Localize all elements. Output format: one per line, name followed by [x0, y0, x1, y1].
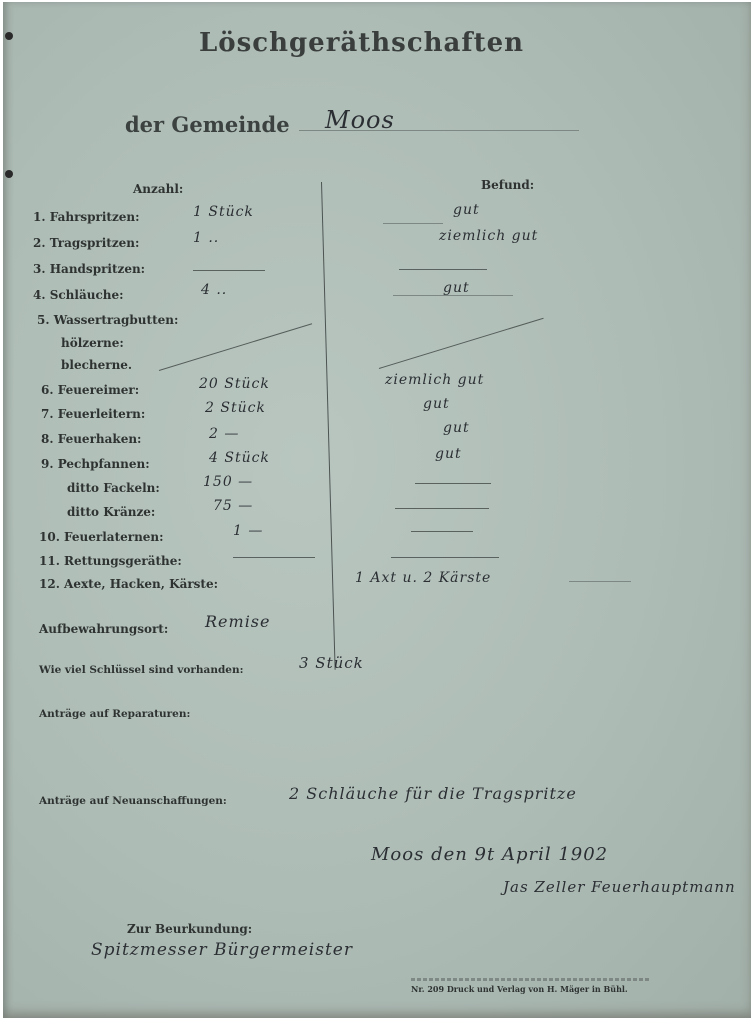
storage-label: Aufbewahrungsort: — [39, 622, 168, 636]
repairs-label: Anträge auf Reparaturen: — [39, 708, 190, 720]
certification-label: Zur Beurkundung: — [127, 922, 252, 936]
item-count: 20 Stück — [199, 376, 270, 392]
punch-hole — [5, 32, 13, 40]
count-column-header: Anzahl: — [133, 182, 183, 196]
condition-column-header: Befund: — [481, 178, 534, 192]
item-condition: gut — [423, 396, 450, 412]
item-count: 1 .. — [193, 230, 219, 246]
item-label: 10. Feuerlaternen: — [39, 530, 164, 544]
item-count-blank — [233, 557, 315, 558]
municipality-underline — [299, 130, 579, 131]
condition-rule — [383, 223, 443, 224]
item-label: hölzerne: — [61, 336, 124, 350]
item-label: 7. Feuerleitern: — [41, 407, 145, 421]
item-label: blecherne. — [61, 358, 132, 372]
form-title: Löschgeräthschaften — [199, 28, 524, 58]
item-condition: ziemlich gut — [385, 372, 484, 388]
municipality-label: der Gemeinde — [125, 112, 290, 137]
item-condition-blank — [391, 557, 499, 558]
item-label: 5. Wassertragbutten: — [37, 313, 178, 327]
item-condition: gut — [443, 280, 470, 296]
keys-label: Wie viel Schlüssel sind vorhanden: — [39, 664, 244, 676]
item-label: ditto Kränze: — [67, 505, 155, 519]
item-label: 3. Handspritzen: — [33, 262, 145, 276]
item-label: 12. Aexte, Hacken, Kärste: — [39, 577, 218, 591]
column-divider — [321, 182, 336, 670]
new-purchases-value: 2 Schläuche für die Tragspritze — [289, 784, 577, 803]
item-condition-blank — [411, 531, 473, 532]
item-label: 8. Feuerhaken: — [41, 432, 142, 446]
printer-imprint: Nr. 209 Druck und Verlag von H. Mäger in… — [411, 984, 628, 994]
item-condition-blank — [399, 269, 487, 270]
new-purchases-label: Anträge auf Neuanschaffungen: — [39, 795, 227, 807]
item-condition: ziemlich gut — [439, 228, 538, 244]
item-count: 2 Stück — [205, 400, 266, 416]
item-count: 1 — — [233, 523, 263, 539]
item-condition-blank — [415, 483, 491, 484]
item-count: 4 Stück — [209, 450, 270, 466]
item-count: 150 — — [203, 474, 253, 490]
item-count: 4 .. — [201, 282, 227, 298]
signature: Jas Zeller Feuerhauptmann — [503, 878, 736, 896]
item-condition: 1 Axt u. 2 Kärste — [355, 570, 491, 586]
item-label: 1. Fahrspritzen: — [33, 210, 140, 224]
item-count-blank — [193, 270, 265, 271]
keys-value: 3 Stück — [299, 654, 364, 672]
item-label: 2. Tragspritzen: — [33, 236, 139, 250]
item-count: 1 Stück — [193, 204, 254, 220]
item-label: 11. Rettungsgeräthe: — [39, 554, 182, 568]
item-label: ditto Fackeln: — [67, 481, 160, 495]
storage-value: Remise — [205, 612, 270, 631]
item-condition-blank — [395, 508, 489, 509]
document-page: Löschgeräthschaften der Gemeinde Moos An… — [3, 2, 751, 1018]
item-label: 9. Pechpfannen: — [41, 457, 150, 471]
certification-signature: Spitzmesser Bürgermeister — [91, 940, 353, 960]
punch-hole — [5, 170, 13, 178]
item-label: 6. Feuereimer: — [41, 383, 139, 397]
condition-rule — [569, 581, 631, 582]
item-label: 4. Schläuche: — [33, 288, 124, 302]
item-condition: gut — [443, 420, 470, 436]
item-condition: gut — [435, 446, 462, 462]
item-count: 75 — — [213, 498, 253, 514]
place-date: Moos den 9t April 1902 — [371, 844, 608, 865]
count-strike-line — [159, 323, 312, 371]
imprint-rule — [411, 978, 651, 981]
condition-strike-line — [379, 318, 544, 369]
item-count: 2 — — [209, 426, 239, 442]
item-condition: gut — [453, 202, 480, 218]
